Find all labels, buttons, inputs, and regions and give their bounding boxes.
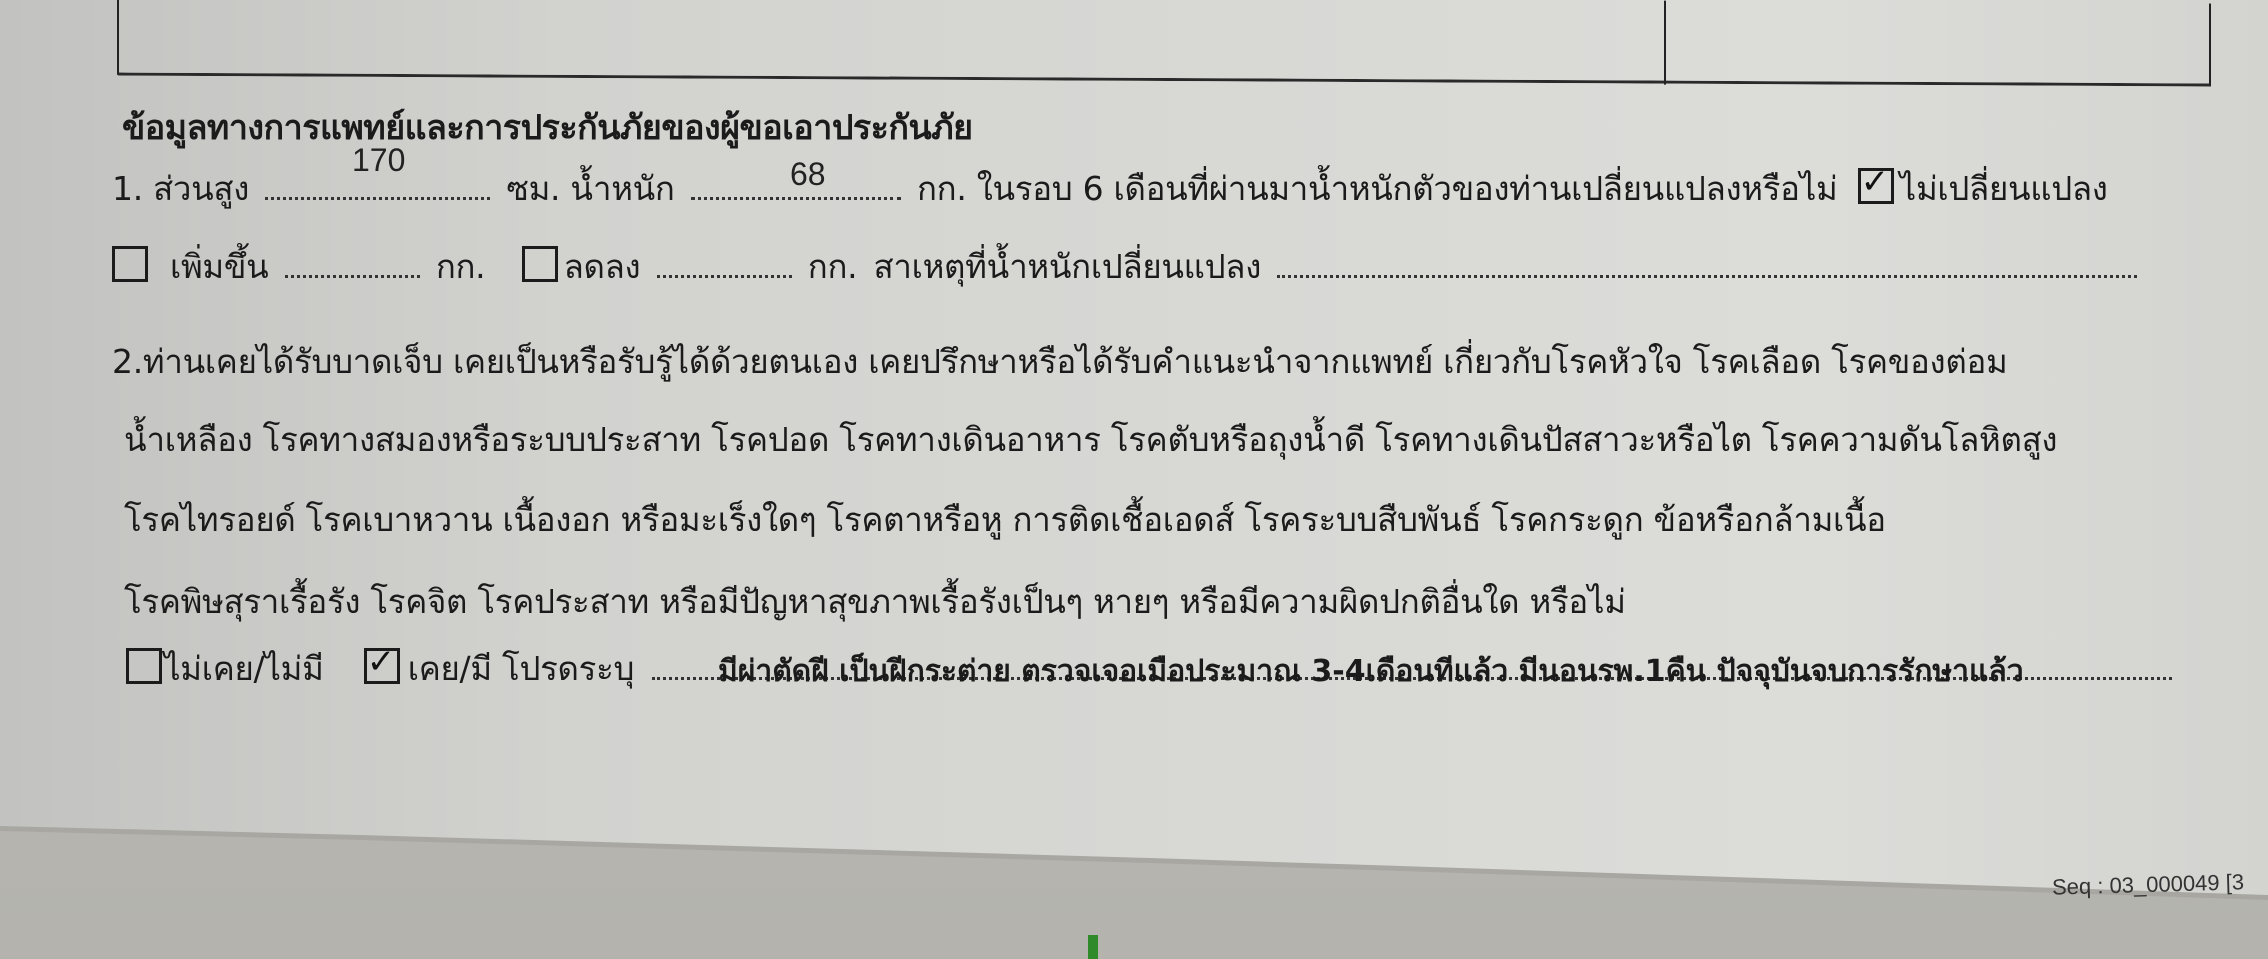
checkbox-ever[interactable]: ✓ <box>364 648 400 684</box>
checkbox-increased[interactable] <box>112 246 148 282</box>
weight-field[interactable] <box>691 193 901 200</box>
decreased-unit: กก. <box>808 240 858 293</box>
checkbox-never[interactable] <box>126 648 162 684</box>
ever-label: เคย/มี โปรดระบุ <box>408 642 634 695</box>
q2-line-4: โรคพิษสุราเรื้อรัง โรคจิต โรคประสาท หรือ… <box>124 575 1626 628</box>
increased-label: เพิ่มขึ้น <box>170 240 268 293</box>
sequence-number: Seq : 03_000049 [3 <box>2052 869 2245 900</box>
q1-weight-label: ซม. น้ำหนัก <box>506 162 674 215</box>
reason-field[interactable] <box>1277 271 2137 278</box>
q2-line-2: น้ำเหลือง โรคทางสมองหรือระบบประสาท โรคปอ… <box>124 413 2057 466</box>
checkmark-icon: ✓ <box>367 643 395 681</box>
q2-line-1: 2.ท่านเคยได้รับบาดเจ็บ เคยเป็นหรือรับรู้… <box>112 335 2007 388</box>
checkbox-decreased[interactable] <box>522 246 558 282</box>
height-field[interactable] <box>265 193 490 200</box>
q1-line-1: 1. ส่วนสูง ซม. น้ำหนัก กก. ในรอบ 6 เดือน… <box>112 162 2108 215</box>
green-object <box>1088 935 1098 959</box>
increased-unit: กก. <box>436 240 486 293</box>
previous-section-table <box>117 0 2211 86</box>
q1-weight-question: กก. ในรอบ 6 เดือนที่ผ่านมาน้ำหนักตัวของท… <box>917 162 1837 215</box>
table-column-divider <box>1664 1 1666 85</box>
no-change-label: ไม่เปลี่ยนแปลง <box>1900 162 2108 215</box>
section-heading: ข้อมูลทางการแพทย์และการประกันภัยของผู้ขอ… <box>122 100 973 154</box>
weight-value: 68 <box>790 156 826 193</box>
decreased-amount-field[interactable] <box>657 271 792 278</box>
q1-line-2: เพิ่มขึ้น กก. ลดลง กก. สาเหตุที่น้ำหนักเ… <box>112 240 2143 293</box>
reason-label: สาเหตุที่น้ำหนักเปลี่ยนแปลง <box>874 240 1261 293</box>
specify-answer: มีผ่าตัดฝี เป็นฝีกระต่าย ตรวจเจอเมือประม… <box>718 648 2024 695</box>
increased-amount-field[interactable] <box>285 271 420 278</box>
q1-height-label: 1. ส่วนสูง <box>112 162 249 215</box>
decreased-label: ลดลง <box>564 240 641 293</box>
checkmark-icon: ✓ <box>1861 163 1889 201</box>
q2-line-3: โรคไทรอยด์ โรคเบาหวาน เนื้องอก หรือมะเร็… <box>124 493 1886 546</box>
height-value: 170 <box>352 142 405 179</box>
checkbox-no-change[interactable]: ✓ <box>1858 168 1894 204</box>
never-label: ไม่เคย/ไม่มี <box>164 642 324 695</box>
